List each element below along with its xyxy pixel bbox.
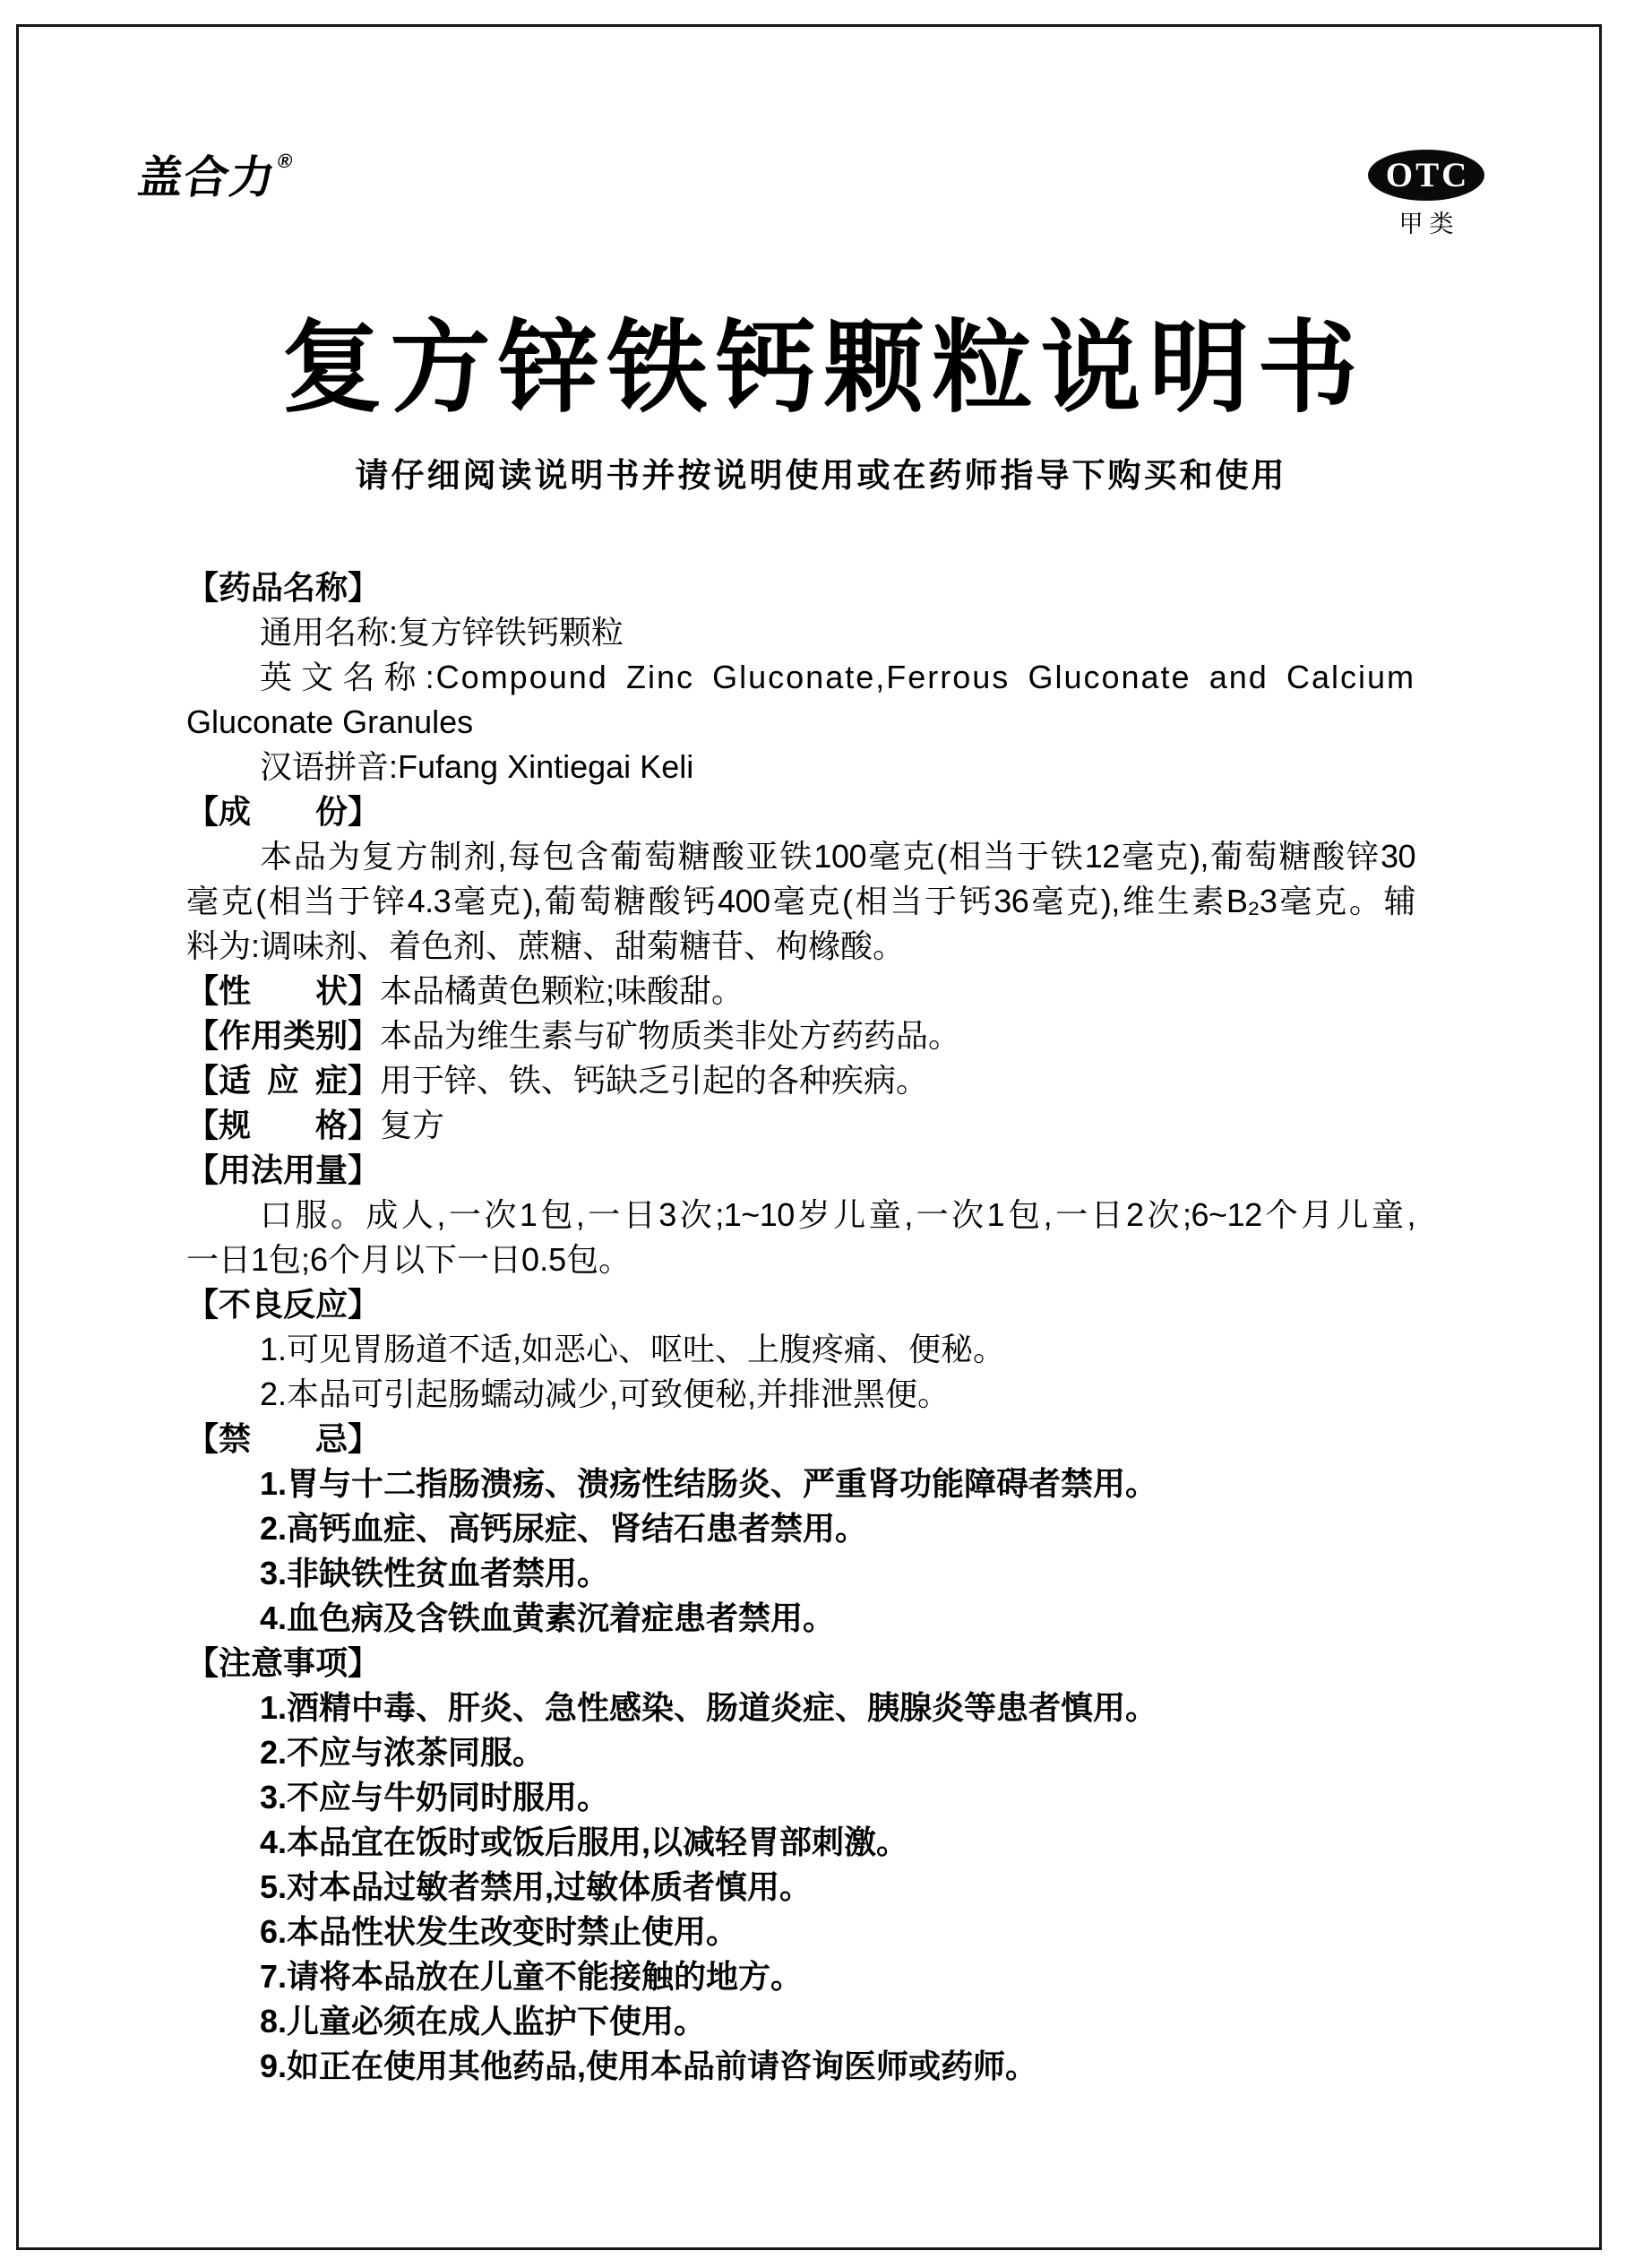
- body-line: 毫克(相当于锌4.3毫克),葡萄糖酸钙400毫克(相当于钙36毫克),维生素B₂…: [186, 879, 1415, 924]
- body-line: 英文名称:Compound Zinc Gluconate,Ferrous Glu…: [186, 655, 1415, 700]
- line-text: 本品为维生素与矿物质类非处方药药品。: [380, 1017, 960, 1054]
- section-line: 【成份】: [186, 789, 1415, 834]
- body-line: 2.本品可引起肠蠕动减少,可致便秘,并排泄黑便。: [186, 1372, 1415, 1417]
- leaflet-page: 盖合力® OTC 甲类 复方锌铁钙颗粒说明书 请仔细阅读说明书并按说明使用或在药…: [0, 0, 1626, 2268]
- otc-class-label: 甲类: [1355, 204, 1498, 239]
- body-line: 3.不应与牛奶同时服用。: [186, 1775, 1415, 1820]
- otc-badge: OTC: [1368, 150, 1484, 201]
- line-text: 一日1包;6个月以下一日0.5包。: [186, 1241, 631, 1278]
- section-line: 【不良反应】: [186, 1282, 1415, 1327]
- body-line: 1.胃与十二指肠溃疡、溃疡性结肠炎、严重肾功能障碍者禁用。: [186, 1462, 1415, 1506]
- page-subtitle: 请仔细阅读说明书并按说明使用或在药师指导下购买和使用: [211, 448, 1429, 496]
- line-text: 毫克(相当于锌4.3毫克),葡萄糖酸钙400毫克(相当于钙36毫克),维生素B₂…: [186, 883, 1415, 919]
- body-line: 3.非缺铁性贫血者禁用。: [186, 1551, 1415, 1596]
- body-line: 4.本品宜在饭时或饭后服用,以减轻胃部刺激。: [186, 1820, 1415, 1865]
- line-text: 3.非缺铁性贫血者禁用。: [260, 1555, 609, 1591]
- body-line: 一日1包;6个月以下一日0.5包。: [186, 1237, 1415, 1282]
- section-header: 【禁忌】: [186, 1420, 380, 1457]
- page-title: 复方锌铁钙颗粒说明书: [211, 315, 1429, 421]
- line-text: 英文名称:Compound Zinc Gluconate,Ferrous Glu…: [260, 659, 1415, 695]
- section-header: 【注意事项】: [186, 1644, 380, 1681]
- section-line: 【性状】本品橘黄色颗粒;味酸甜。: [186, 969, 1415, 1013]
- line-text: 7.请将本品放在儿童不能接触的地方。: [260, 1958, 803, 1995]
- line-text: Gluconate Granules: [186, 703, 473, 740]
- section-header: 【规格】: [186, 1107, 380, 1143]
- line-text: 3.不应与牛奶同时服用。: [260, 1779, 609, 1815]
- body-line: 2.不应与浓茶同服。: [186, 1730, 1415, 1775]
- section-line: 【注意事项】: [186, 1641, 1415, 1686]
- line-text: 1.酒精中毒、肝炎、急性感染、肠道炎症、胰腺炎等患者慎用。: [260, 1689, 1157, 1726]
- body-line: 汉语拼音:Fufang Xintiegai Keli: [186, 745, 1415, 789]
- brand-logo-text: 盖合力: [135, 152, 280, 203]
- section-header: 【用法用量】: [186, 1151, 380, 1188]
- section-header: 【作用类别】: [186, 1017, 380, 1054]
- line-text: 2.不应与浓茶同服。: [260, 1734, 545, 1771]
- leaflet-body: 【药品名称】通用名称:复方锌铁钙颗粒英文名称:Compound Zinc Glu…: [186, 565, 1415, 2089]
- section-line: 【禁忌】: [186, 1417, 1415, 1462]
- otc-label: OTC: [1383, 155, 1470, 195]
- section-line: 【规格】复方: [186, 1103, 1415, 1148]
- line-text: 用于锌、铁、钙缺乏引起的各种疾病。: [380, 1062, 928, 1099]
- section-line: 【用法用量】: [186, 1148, 1415, 1193]
- line-text: 料为:调味剂、着色剂、蔗糖、甜菊糖苷、枸橼酸。: [186, 927, 905, 964]
- line-text: 2.高钙血症、高钙尿症、肾结石患者禁用。: [260, 1510, 867, 1547]
- line-text: 口服。成人,一次1包,一日3次;1~10岁儿童,一次1包,一日2次;6~12个月…: [260, 1196, 1415, 1233]
- section-header: 【药品名称】: [186, 569, 380, 606]
- body-line: 7.请将本品放在儿童不能接触的地方。: [186, 1954, 1415, 1999]
- line-text: 1.胃与十二指肠溃疡、溃疡性结肠炎、严重肾功能障碍者禁用。: [260, 1465, 1157, 1502]
- body-line: 通用名称:复方锌铁钙颗粒: [186, 610, 1415, 655]
- body-line: Gluconate Granules: [186, 700, 1415, 745]
- section-header: 【适应症】: [186, 1062, 380, 1099]
- section-header: 【成份】: [186, 793, 380, 830]
- brand-logo: 盖合力®: [134, 142, 295, 206]
- body-line: 口服。成人,一次1包,一日3次;1~10岁儿童,一次1包,一日2次;6~12个月…: [186, 1193, 1415, 1237]
- section-header: 【性状】: [186, 972, 380, 1009]
- line-text: 汉语拼音:Fufang Xintiegai Keli: [260, 748, 693, 785]
- body-line: 2.高钙血症、高钙尿症、肾结石患者禁用。: [186, 1506, 1415, 1551]
- body-line: 本品为复方制剂,每包含葡萄糖酸亚铁100毫克(相当于铁12毫克),葡萄糖酸锌30: [186, 834, 1415, 879]
- body-line: 4.血色病及含铁血黄素沉着症患者禁用。: [186, 1596, 1415, 1641]
- body-line: 5.对本品过敏者禁用,过敏体质者慎用。: [186, 1865, 1415, 1910]
- body-line: 9.如正在使用其他药品,使用本品前请咨询医师或药师。: [186, 2044, 1415, 2089]
- section-line: 【作用类别】本品为维生素与矿物质类非处方药药品。: [186, 1013, 1415, 1058]
- line-text: 8.儿童必须在成人监护下使用。: [260, 2003, 706, 2039]
- section-line: 【适应症】用于锌、铁、钙缺乏引起的各种疾病。: [186, 1058, 1415, 1103]
- line-text: 1.可见胃肠道不适,如恶心、呕吐、上腹疼痛、便秘。: [260, 1331, 1005, 1367]
- body-line: 1.酒精中毒、肝炎、急性感染、肠道炎症、胰腺炎等患者慎用。: [186, 1686, 1415, 1730]
- line-text: 本品橘黄色颗粒;味酸甜。: [380, 972, 744, 1009]
- line-text: 4.血色病及含铁血黄素沉着症患者禁用。: [260, 1600, 835, 1636]
- line-text: 本品为复方制剂,每包含葡萄糖酸亚铁100毫克(相当于铁12毫克),葡萄糖酸锌30: [260, 838, 1415, 875]
- body-line: 8.儿童必须在成人监护下使用。: [186, 1999, 1415, 2044]
- line-text: 4.本品宜在饭时或饭后服用,以减轻胃部刺激。: [260, 1824, 908, 1860]
- section-header: 【不良反应】: [186, 1286, 380, 1323]
- line-text: 9.如正在使用其他药品,使用本品前请咨询医师或药师。: [260, 2048, 1037, 2084]
- line-text: 2.本品可引起肠蠕动减少,可致便秘,并排泄黑便。: [260, 1375, 950, 1412]
- section-line: 【药品名称】: [186, 565, 1415, 610]
- line-text: 6.本品性状发生改变时禁止使用。: [260, 1913, 738, 1950]
- body-line: 料为:调味剂、着色剂、蔗糖、甜菊糖苷、枸橼酸。: [186, 924, 1415, 969]
- body-line: 6.本品性状发生改变时禁止使用。: [186, 1910, 1415, 1954]
- body-line: 1.可见胃肠道不适,如恶心、呕吐、上腹疼痛、便秘。: [186, 1327, 1415, 1372]
- line-text: 5.对本品过敏者禁用,过敏体质者慎用。: [260, 1868, 812, 1905]
- line-text: 通用名称:复方锌铁钙颗粒: [260, 614, 624, 651]
- line-text: 复方: [380, 1107, 444, 1143]
